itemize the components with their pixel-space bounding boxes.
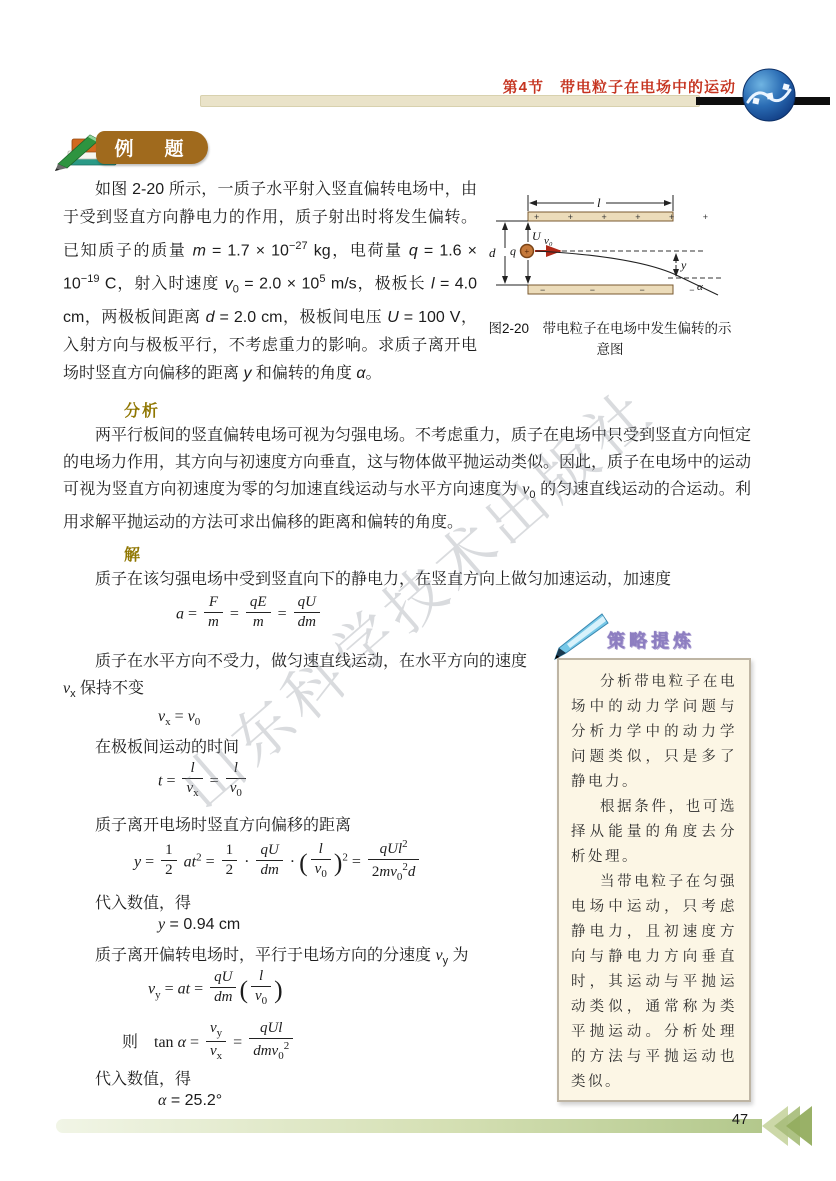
strategy-box: 分析带电粒子在电场中的动力学问题与分析力学中的动力学问题类似，只是多了静电力。 … — [557, 658, 751, 1102]
figure-label-q: q — [510, 244, 516, 258]
example-badge: 例 题 — [96, 131, 208, 164]
textbook-page: 第4节 带电粒子在电场中的运动 例 题 如图 2-20 所示，一质子水平射入竖直… — [0, 0, 836, 1181]
solution-line-1: 质子在该匀强电场中受到竖直向下的静电力，在竖直方向上做匀加速运动，加速度 — [63, 566, 751, 593]
solution-line-5: 代入数值，得 — [63, 890, 527, 917]
analysis-heading: 分析 — [124, 398, 160, 421]
page-corner-arrows-icon — [758, 1103, 814, 1149]
figure-label-l: l — [597, 195, 601, 210]
solution-line-4: 质子离开电场时竖直方向偏移的距离 — [63, 812, 527, 839]
globe-molecule-icon — [740, 66, 798, 124]
figure-label-d: d — [489, 245, 496, 260]
figure-label-alpha: α — [697, 281, 703, 293]
strategy-box-title: 策略提炼 — [607, 627, 695, 653]
equation-vx: vx = v0 — [158, 708, 200, 728]
equation-vy: vy = at = qUdm(lv0) — [148, 970, 283, 1010]
value-y: y = 0.94 cm — [158, 916, 240, 934]
solution-line-7: 代入数值，得 — [63, 1066, 527, 1093]
strategy-paragraph: 分析带电粒子在电场中的动力学问题与分析力学中的动力学问题类似，只是多了静电力。 — [571, 670, 737, 795]
problem-statement: 如图 2-20 所示，一质子水平射入竖直偏转电场中，由于受到竖直方向静电力的作用… — [63, 176, 477, 388]
analysis-body: 两平行板间的竖直偏转电场可视为匀强电场。不考虑重力，质子在电场中只受到竖直方向恒… — [63, 422, 751, 536]
value-alpha: α = 25.2° — [158, 1092, 222, 1110]
equation-time: t = lvx = lv0 — [158, 762, 249, 802]
figure-label-v0: v₀ — [544, 235, 553, 247]
figure-label-U: U — [532, 229, 542, 243]
svg-text:+: + — [525, 247, 530, 256]
solution-line-3: 在极板间运动的时间 — [63, 734, 527, 761]
plate-minus-row: − − − − − — [540, 285, 734, 295]
strategy-paragraph: 当带电粒子在匀强电场中运动，只考虑静电力，且初速度方向与静电力方向垂直时，其运动… — [571, 870, 737, 1095]
equation-tan-alpha: 则 tan α = vyvx = qUldmv02 — [122, 1022, 296, 1065]
figure-caption: 图2-20 带电粒子在电场中发生偏转的示意图 — [486, 318, 734, 360]
solution-heading: 解 — [124, 542, 142, 565]
figure-label-y: y — [680, 258, 687, 272]
footer-bar — [56, 1119, 762, 1133]
equation-displacement: y = 12 at2 = 12 · qUdm · (lv0)2 = qUl22m… — [134, 840, 422, 886]
deflection-figure: l + + + + + + + − − − − − d U + q v₀ y α — [482, 190, 734, 314]
pen-icon — [546, 612, 610, 664]
strategy-paragraph: 根据条件，也可选择从能量的角度去分析处理。 — [571, 795, 737, 870]
equation-acceleration: a = Fm = qEm = qUdm — [176, 596, 323, 634]
page-number: 47 — [722, 1112, 758, 1128]
plate-plus-row: + + + + + + + — [534, 212, 734, 222]
section-header-title: 第4节 带电粒子在电场中的运动 — [480, 76, 736, 97]
solution-line-6: 质子离开偏转电场时，平行于电场方向的分速度 vy 为 — [63, 942, 545, 975]
header-rule-beige — [200, 95, 700, 107]
solution-line-2: 质子在水平方向不受力，做匀速直线运动，在水平方向的速度 vx 保持不变 — [63, 648, 527, 708]
